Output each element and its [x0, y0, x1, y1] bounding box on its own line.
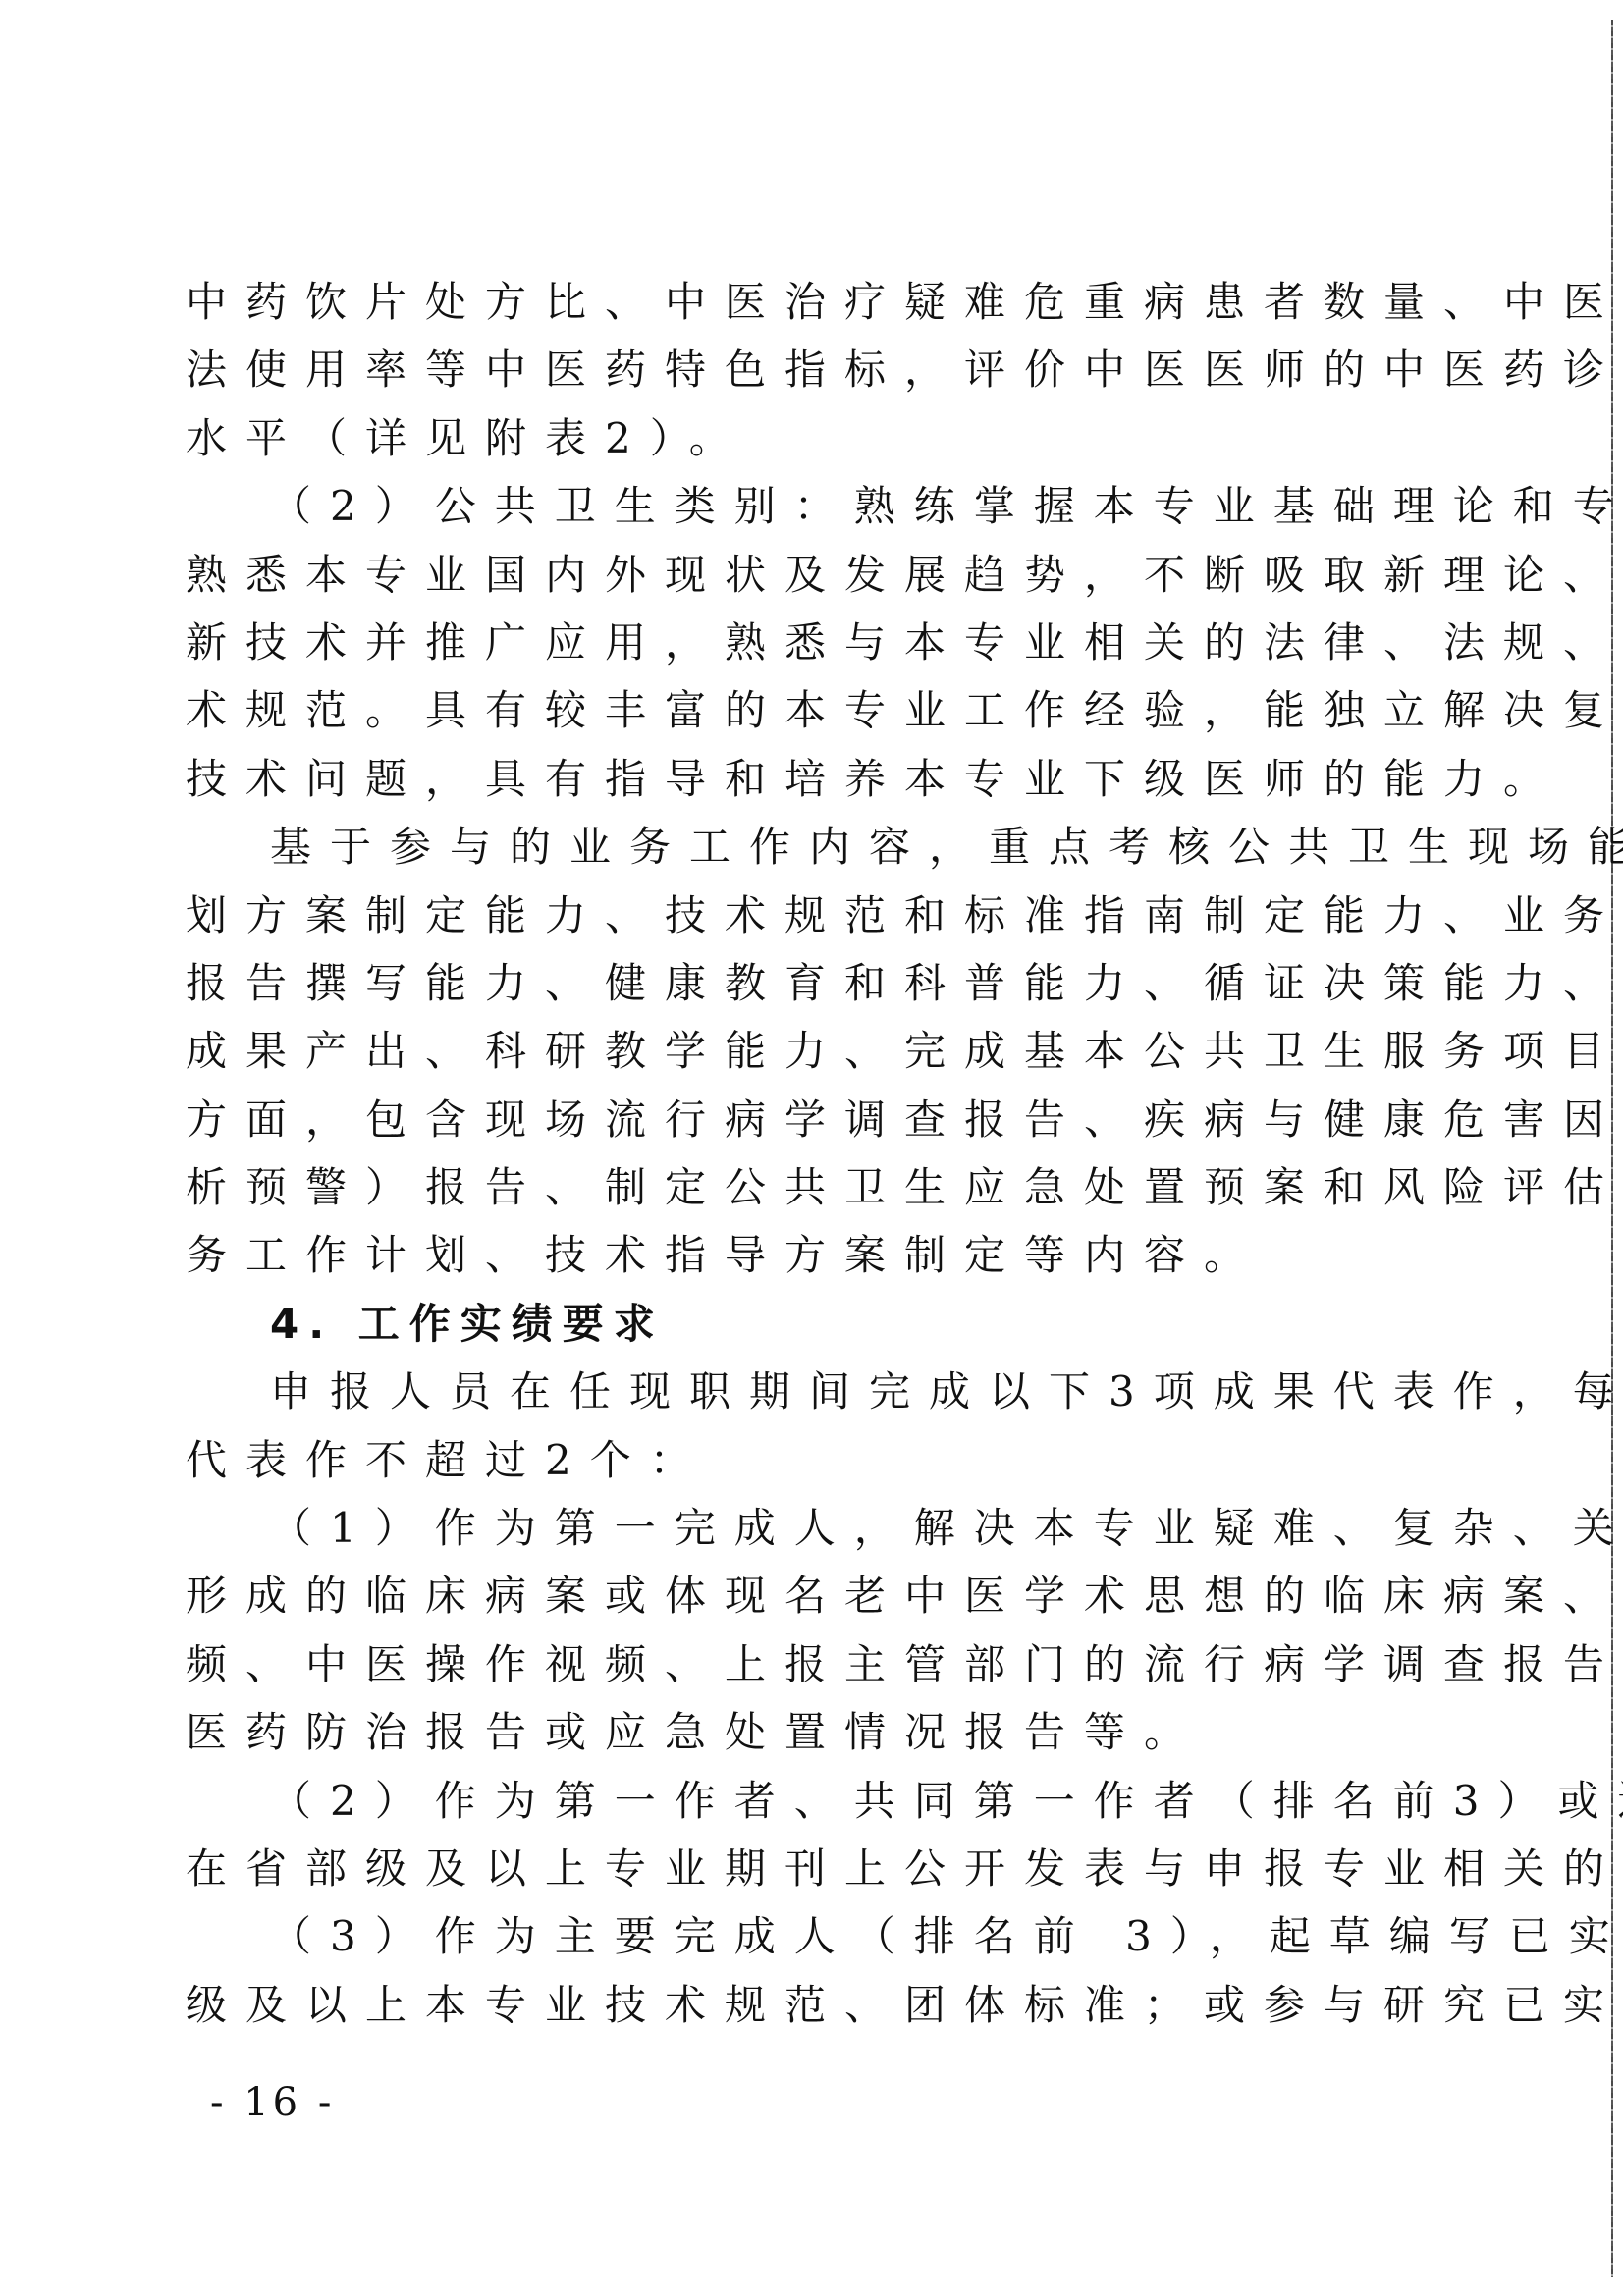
paragraph-assessment-scope: 基于参与的业务工作内容，重点考核公共卫生现场能力、计 [186, 822, 1403, 889]
text-line: 务工作计划、技术指导方案制定等内容。 [186, 1230, 1403, 1298]
list-item-3: （3）作为主要完成人（排名前 3），起草编写已实施的省部 [186, 1911, 1403, 1979]
text-line: 熟悉本专业国内外现状及发展趋势，不断吸取新理论、新知识、 [186, 550, 1403, 617]
text-line: 中药饮片处方比、中医治疗疑难危重病患者数量、中医非药物疗 [186, 277, 1403, 345]
text-line: 在省部级及以上专业期刊上公开发表与申报专业相关的论文。 [186, 1843, 1403, 1911]
document-page: 中药饮片处方比、中医治疗疑难危重病患者数量、中医非药物疗 法使用率等中医药特色指… [0, 0, 1623, 2296]
text-line: 频、中医操作视频、上报主管部门的流行病学调查报告、疫病中 [186, 1639, 1403, 1707]
text-line: 级及以上本专业技术规范、团体标准；或参与研究已实施的本专 [186, 1980, 1403, 2048]
text-line: 划方案制定能力、技术规范和标准指南制定能力、业务管理技术 [186, 890, 1403, 958]
text-line: 析预警）报告、制定公共卫生应急处置预案和风险评估报告、业 [186, 1162, 1403, 1230]
text-line: 新技术并推广应用，熟悉与本专业相关的法律、法规、标准与技 [186, 617, 1403, 685]
page-number: - 16 - [210, 2079, 335, 2126]
list-item-2: （2）作为第一作者、共同第一作者（排名前3）或通讯作者， [186, 1776, 1403, 1843]
text-line: 成果产出、科研教学能力、完成基本公共卫生服务项目的能力等 [186, 1026, 1403, 1094]
text-line: 医药防治报告或应急处置情况报告等。 [186, 1707, 1403, 1775]
text-line: 方面，包含现场流行病学调查报告、疾病与健康危害因素监测（分 [186, 1095, 1403, 1162]
section-heading: 4. 工作实绩要求 [186, 1299, 1403, 1366]
text-line: 法使用率等中医药特色指标，评价中医医师的中医药诊疗能力和 [186, 345, 1403, 412]
text-line: 技术问题，具有指导和培养本专业下级医师的能力。 [186, 754, 1403, 822]
text-line: 形成的临床病案或体现名老中医学术思想的临床病案、手术视 [186, 1571, 1403, 1638]
text-line: 代表作不超过2个： [186, 1435, 1403, 1503]
paragraph-public-health-category: （2）公共卫生类别：熟练掌握本专业基础理论和专业知识， [186, 481, 1403, 549]
list-item-1: （1）作为第一完成人，解决本专业疑难、复杂、关键问题 [186, 1503, 1403, 1571]
text-line: 报告撰写能力、健康教育和科普能力、循证决策能力、专业技术 [186, 958, 1403, 1026]
text-line: 水平（详见附表2）。 [186, 413, 1403, 481]
paragraph-achievement-requirements: 申报人员在任现职期间完成以下3项成果代表作，每项成果 [186, 1366, 1403, 1434]
body-text: 中药饮片处方比、中医治疗疑难危重病患者数量、中医非药物疗 法使用率等中医药特色指… [186, 277, 1403, 2048]
text-line: 术规范。具有较丰富的本专业工作经验，能独立解决复杂或重大 [186, 685, 1403, 753]
